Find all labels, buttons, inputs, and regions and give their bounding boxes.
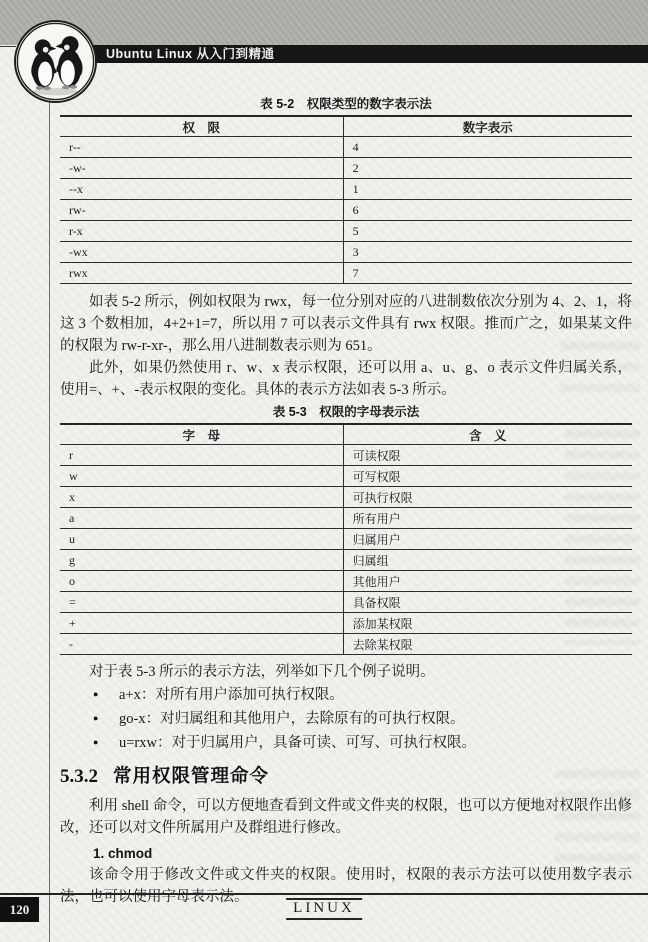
column-header: 数字表示 <box>343 116 632 137</box>
example-text: u=rxw：对于归属用户，具备可读、可写、可执行权限。 <box>119 732 476 755</box>
section-number: 5.3.2 <box>60 764 98 789</box>
bullet-icon: ● <box>93 731 119 754</box>
example-text: go-x：对归属组和其他用户，去除原有的可执行权限。 <box>119 708 465 731</box>
paragraph: 此外，如果仍然使用 r、w、x 表示权限，还可以用 a、u、g、o 表示文件归属… <box>60 357 632 401</box>
table-row: o其他用户 <box>60 571 632 592</box>
table-5-3-title: 表 5-3 权限的字母表示法 <box>60 405 632 420</box>
table-row: g归属组 <box>60 550 632 571</box>
example-text: a+x：对所有用户添加可执行权限。 <box>119 684 344 707</box>
table-header-row: 权 限 数字表示 <box>60 116 632 137</box>
table-cell: 添加某权限 <box>343 613 632 634</box>
table-cell: --x <box>60 179 343 200</box>
table-5-2-title: 表 5-2 权限类型的数字表示法 <box>60 97 632 112</box>
table-cell: 4 <box>343 137 632 158</box>
column-header: 字 母 <box>60 424 343 445</box>
table-cell: 5 <box>343 221 632 242</box>
table-cell: -w- <box>60 158 343 179</box>
example-item: ●go-x：对归属组和其他用户，去除原有的可执行权限。 <box>60 708 632 732</box>
scan-background-strip <box>0 0 648 45</box>
table-cell: rw- <box>60 200 343 221</box>
example-list: ●a+x：对所有用户添加可执行权限。●go-x：对归属组和其他用户，去除原有的可… <box>60 684 632 756</box>
table-row: =具备权限 <box>60 592 632 613</box>
page-content: 表 5-2 权限类型的数字表示法 权 限 数字表示 r--4-w-2--x1rw… <box>60 63 632 908</box>
penguins-logo-icon <box>14 20 97 103</box>
page-number-badge: 120 <box>0 897 39 922</box>
example-item: ●u=rxw：对于归属用户，具备可读、可写、可执行权限。 <box>60 732 632 756</box>
chapter-header-bar: Ubuntu Linux 从入门到精通 <box>56 45 648 63</box>
table-row: -wx3 <box>60 242 632 263</box>
table-cell: 7 <box>343 263 632 284</box>
table-cell: x <box>60 487 343 508</box>
table-cell: 归属用户 <box>343 529 632 550</box>
table-cell: w <box>60 466 343 487</box>
table-cell: r-x <box>60 221 343 242</box>
section-title: 常用权限管理命令 <box>113 763 269 788</box>
table-cell: r <box>60 445 343 466</box>
column-header: 权 限 <box>60 116 343 137</box>
bullet-icon: ● <box>93 683 119 706</box>
table-cell: -wx <box>60 242 343 263</box>
table-5-3: 字 母 含 义 r可读权限w可写权限x可执行权限a所有用户u归属用户g归属组o其… <box>60 423 632 655</box>
table-row: r--4 <box>60 137 632 158</box>
table-cell: 去除某权限 <box>343 634 632 655</box>
table-row: r可读权限 <box>60 445 632 466</box>
section-heading: 5.3.2 常用权限管理命令 <box>60 763 632 789</box>
table-row: +添加某权限 <box>60 613 632 634</box>
table-row: --x1 <box>60 179 632 200</box>
table-row: -去除某权限 <box>60 634 632 655</box>
table-cell: 所有用户 <box>343 508 632 529</box>
table-cell: - <box>60 634 343 655</box>
column-header: 含 义 <box>343 424 632 445</box>
table-cell: + <box>60 613 343 634</box>
page-margin-line <box>49 95 50 942</box>
table-cell: u <box>60 529 343 550</box>
table-cell: 1 <box>343 179 632 200</box>
table-cell: r-- <box>60 137 343 158</box>
table-row: rw-6 <box>60 200 632 221</box>
table-row: rwx7 <box>60 263 632 284</box>
table-row: -w-2 <box>60 158 632 179</box>
paragraph: 利用 shell 命令，可以方便地查看到文件或文件夹的权限，也可以方便地对权限作… <box>60 795 632 839</box>
table-cell: 可读权限 <box>343 445 632 466</box>
table-5-2: 权 限 数字表示 r--4-w-2--x1rw-6r-x5-wx3rwx7 <box>60 115 632 284</box>
paragraph: 如表 5-2 所示，例如权限为 rwx，每一位分别对应的八进制数依次分别为 4、… <box>60 291 632 357</box>
linux-footer-logo: LINUX <box>286 898 362 920</box>
table-cell: a <box>60 508 343 529</box>
bullet-icon: ● <box>93 707 119 730</box>
table-cell: 归属组 <box>343 550 632 571</box>
table-cell: 可执行权限 <box>343 487 632 508</box>
header-corner-line <box>0 46 16 47</box>
table-cell: 其他用户 <box>343 571 632 592</box>
table-header-row: 字 母 含 义 <box>60 424 632 445</box>
footer-rule <box>0 893 648 895</box>
book-page-scan: Ubuntu Linux 从入门到精通 <box>0 0 648 942</box>
table-cell: = <box>60 592 343 613</box>
table-row: x可执行权限 <box>60 487 632 508</box>
table-cell: g <box>60 550 343 571</box>
table-cell: o <box>60 571 343 592</box>
book-title: Ubuntu Linux 从入门到精通 <box>56 45 648 63</box>
example-item: ●a+x：对所有用户添加可执行权限。 <box>60 684 632 708</box>
table-cell: 6 <box>343 200 632 221</box>
table-row: r-x5 <box>60 221 632 242</box>
table-cell: 3 <box>343 242 632 263</box>
table-cell: 可写权限 <box>343 466 632 487</box>
sub-heading-chmod: 1. chmod <box>60 843 632 864</box>
table-row: a所有用户 <box>60 508 632 529</box>
table-cell: 2 <box>343 158 632 179</box>
paragraph: 对于表 5-3 所示的表示方法，列举如下几个例子说明。 <box>60 661 632 683</box>
table-row: w可写权限 <box>60 466 632 487</box>
table-cell: rwx <box>60 263 343 284</box>
table-row: u归属用户 <box>60 529 632 550</box>
table-cell: 具备权限 <box>343 592 632 613</box>
